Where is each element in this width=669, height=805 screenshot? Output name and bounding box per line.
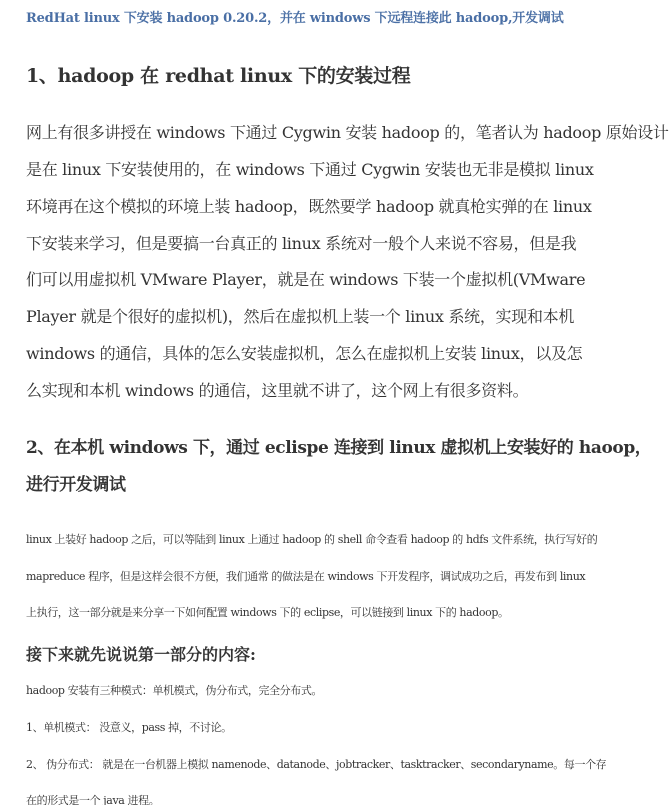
section2-line-2: mapreduce 程序，但是这样会很不方便，我们通常 的做法是在 window… [26,568,585,584]
section1-line-7: windows 的通信，具体的怎么安装虚拟机，怎么在虚拟机上安装 linux，以… [26,341,582,364]
section1-line-4: 下安装来学习，但是要搞一台真正的 linux 系统对一般个人来说不容易，但是我 [26,231,576,254]
section3-heading: 接下来就先说说第一部分的内容: [26,642,256,665]
section1-line-2: 是在 linux 下安装使用的，在 windows 下通过 Cygwin 安装也… [26,157,594,180]
section2-line-3: 上执行，这一部分就是来分享一下如何配置 windows 下的 eclipse，可… [26,604,509,620]
section3-intro: hadoop 安装有三种模式：单机模式，伪分布式，完全分布式。 [26,682,322,698]
section2-heading-line-1: 2、在本机 windows 下，通过 eclispe 连接到 linux 虚拟机… [26,433,651,458]
section3-item-2-line-2: 在的形式是一个 java 进程。 [26,792,159,805]
section3-item-1: 1、单机模式： 没意义，pass 掉，不讨论。 [26,719,232,735]
section1-line-5: 们可以用虚拟机 VMware Player，就是在 windows 下装一个虚拟… [26,267,585,290]
section1-line-3: 环境再在这个模拟的环境上装 hadoop，既然要学 hadoop 就真枪实弹的在… [26,194,592,217]
section2-line-1: linux 上装好 hadoop 之后，可以等陆到 linux 上通过 hado… [26,531,597,547]
section1-line-6: Player 就是个很好的虚拟机)，然后在虚拟机上装一个 linux 系统，实现… [26,304,574,327]
section1-line-8: 么实现和本机 windows 的通信，这里就不讲了，这个网上有很多资料。 [26,378,528,401]
section1-heading: 1、hadoop 在 redhat linux 下的安装过程 [26,61,410,88]
document-title: RedHat linux 下安装 hadoop 0.20.2，并在 window… [26,7,564,26]
section2-heading-line-2: 进行开发调试 [26,470,126,495]
section3-item-2-line-1: 2、 伪分布式： 就是在一台机器上模拟 namenode、datanode、jo… [26,756,606,772]
section1-line-1: 网上有很多讲授在 windows 下通过 Cygwin 安装 hadoop 的，… [26,120,669,143]
